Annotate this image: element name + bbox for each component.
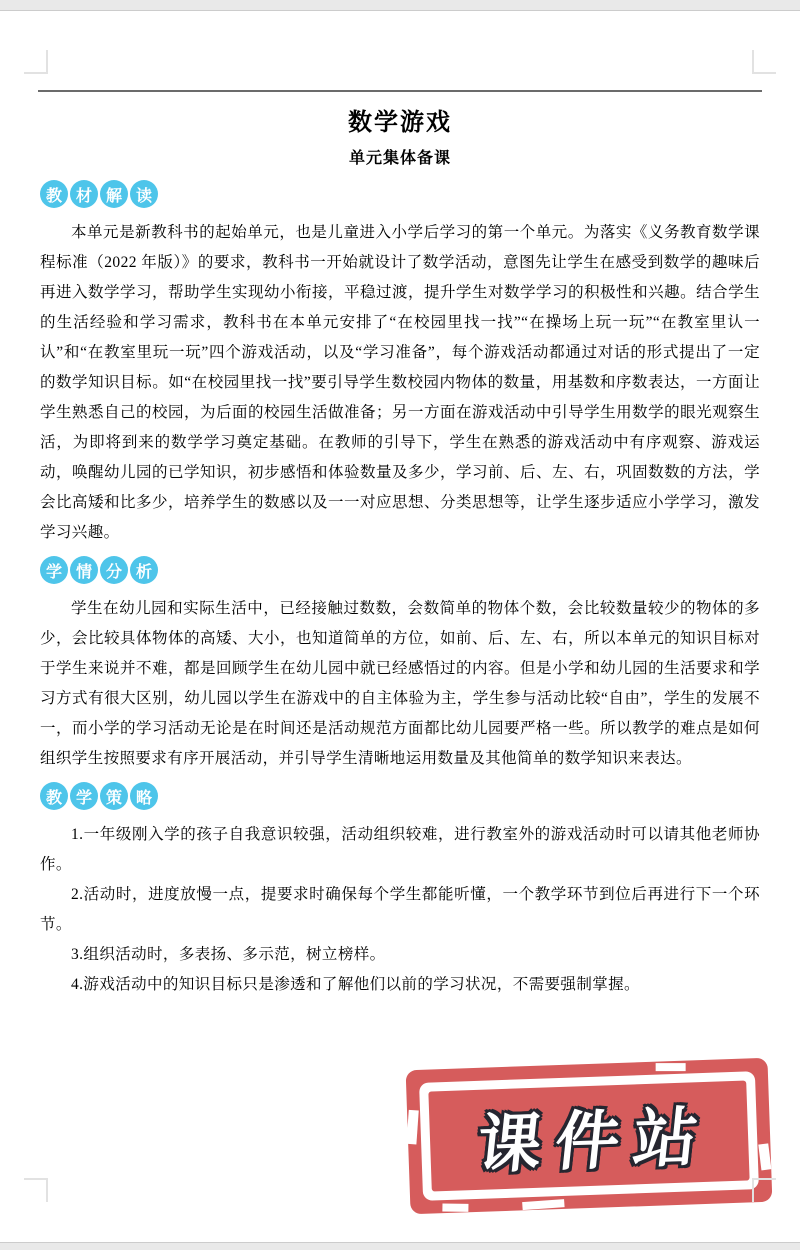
badge-char-circle: 解: [100, 180, 128, 208]
badge-char-circle: 学: [40, 556, 68, 584]
paragraph-textbook-interpretation: 本单元是新教科书的起始单元，也是儿童进入小学后学习的第一个单元。为落实《义务教育…: [40, 218, 760, 548]
page-top-edge: [0, 0, 800, 11]
strategy-item-3: 3.组织活动时，多表扬、多示范，树立榜样。: [40, 940, 760, 970]
document-content: 数学游戏 单元集体备课 教 材 解 读 本单元是新教科书的起始单元，也是儿童进入…: [40, 98, 760, 1004]
badge-char-circle: 策: [100, 782, 128, 810]
margin-corner-mark-top-left: [24, 50, 48, 74]
page-subtitle: 单元集体备课: [40, 145, 760, 168]
stamp-distress-mark: [522, 1199, 564, 1210]
page-bottom-edge: [0, 1242, 800, 1250]
margin-corner-mark-top-right: [752, 50, 776, 74]
kejianzhan-watermark-stamp: 课件站: [428, 1080, 749, 1191]
badge-char-circle: 教: [40, 180, 68, 208]
stamp-distress-mark: [406, 1110, 418, 1145]
badge-char-circle: 读: [130, 180, 158, 208]
badge-teaching-strategy: 教 学 策 略: [40, 782, 760, 810]
badge-textbook-interpretation: 教 材 解 读: [40, 180, 760, 208]
section-textbook-interpretation: 教 材 解 读 本单元是新教科书的起始单元，也是儿童进入小学后学习的第一个单元。…: [40, 180, 760, 548]
badge-char-circle: 教: [40, 782, 68, 810]
strategy-item-4: 4.游戏活动中的知识目标只是渗透和了解他们以前的学习状况，不需要强制掌握。: [40, 970, 760, 1000]
badge-char-circle: 析: [130, 556, 158, 584]
stamp-distress-mark: [758, 1143, 771, 1170]
strategy-item-1: 1.一年级刚入学的孩子自我意识较强，活动组织较难，进行教室外的游戏活动时可以请其…: [40, 820, 760, 880]
margin-corner-mark-bottom-right: [752, 1178, 776, 1202]
strategy-item-2: 2.活动时，进度放慢一点，提要求时确保每个学生都能听懂，一个教学环节到位后再进行…: [40, 880, 760, 940]
section-teaching-strategy: 教 学 策 略 1.一年级刚入学的孩子自我意识较强，活动组织较难，进行教室外的游…: [40, 782, 760, 1000]
badge-char-circle: 情: [70, 556, 98, 584]
stamp-text: 课件站: [473, 1086, 717, 1187]
badge-learning-analysis: 学 情 分 析: [40, 556, 760, 584]
paragraph-learning-analysis: 学生在幼儿园和实际生活中，已经接触过数数，会数简单的物体个数，会比较数量较少的物…: [40, 594, 760, 774]
page-title: 数学游戏: [40, 102, 760, 137]
margin-corner-mark-bottom-left: [24, 1178, 48, 1202]
badge-char-circle: 学: [70, 782, 98, 810]
badge-char-circle: 分: [100, 556, 128, 584]
badge-char-circle: 材: [70, 180, 98, 208]
section-learning-analysis: 学 情 分 析 学生在幼儿园和实际生活中，已经接触过数数，会数简单的物体个数，会…: [40, 556, 760, 774]
badge-char-circle: 略: [130, 782, 158, 810]
stamp-distress-mark: [656, 1063, 686, 1071]
header-rule: [38, 90, 762, 92]
document-page: 数学游戏 单元集体备课 教 材 解 读 本单元是新教科书的起始单元，也是儿童进入…: [0, 0, 800, 1250]
stamp-distress-mark: [442, 1203, 468, 1211]
